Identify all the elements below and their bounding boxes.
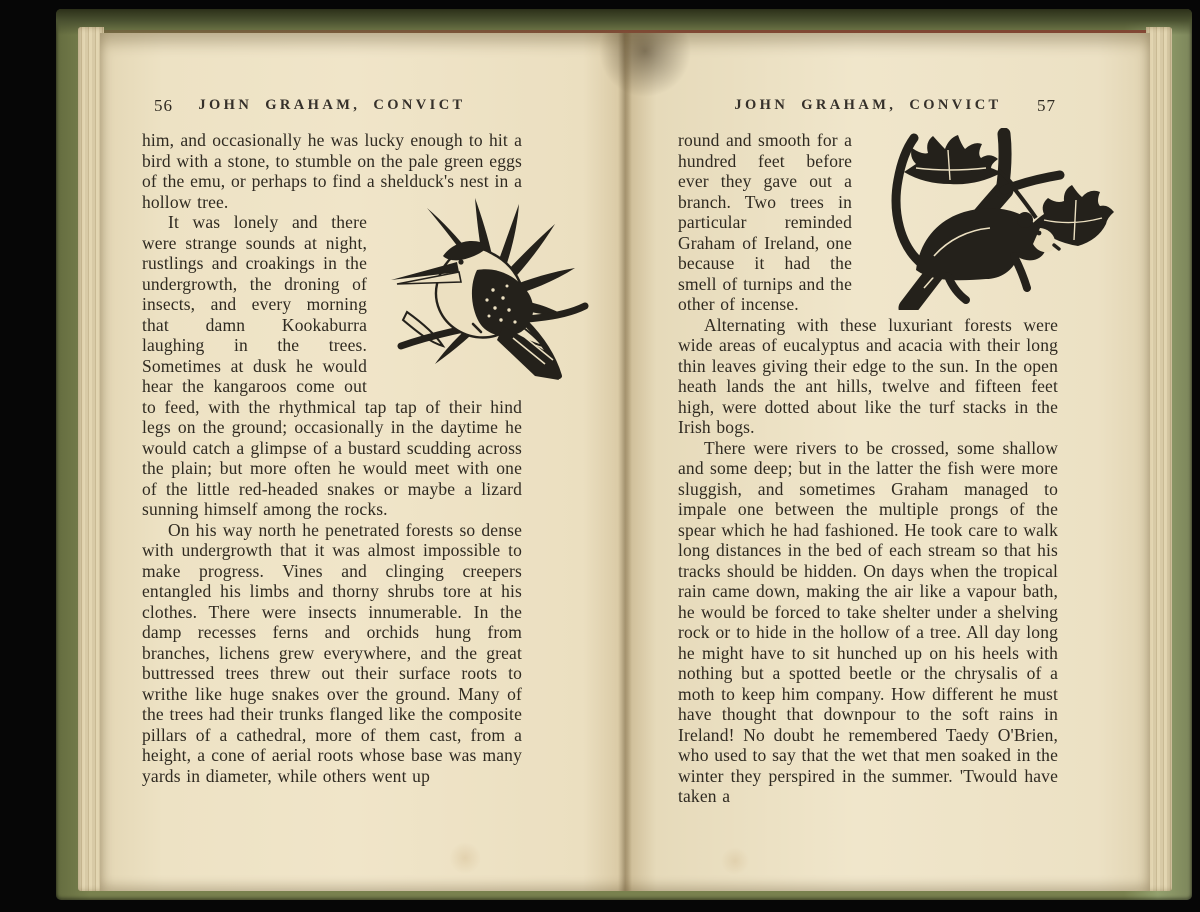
paragraph: Alternating with these luxuriant forests… — [678, 315, 1058, 438]
paragraph: On his way north he penetrated forests s… — [142, 520, 522, 787]
paragraph: round and smooth for a hundred feet befo… — [678, 130, 1058, 315]
right-page: JOHN GRAHAM, CONVICT 57 — [678, 96, 1058, 807]
left-page-header: 56 JOHN GRAHAM, CONVICT — [142, 96, 522, 126]
right-page-header: JOHN GRAHAM, CONVICT 57 — [678, 96, 1058, 126]
paragraph-text: There were rivers to be crossed, some sh… — [678, 438, 1058, 807]
paragraph-text: On his way north he penetrated forests s… — [142, 520, 522, 786]
possum-illustration — [864, 128, 1116, 310]
paragraph-text: round and smooth for a hundred feet befo… — [678, 130, 852, 314]
right-page-text: round and smooth for a hundred feet befo… — [678, 130, 1058, 807]
kookaburra-illustration — [377, 194, 592, 392]
photo-background: { "photo": { "background_color": "#06060… — [0, 0, 1200, 912]
paragraph: It was lonely and there were strange sou… — [142, 212, 522, 520]
gutter-shadow — [618, 33, 632, 891]
paragraph-text: Alternating with these luxuriant forests… — [678, 315, 1058, 438]
paragraph: There were rivers to be crossed, some sh… — [678, 438, 1058, 807]
left-running-head: JOHN GRAHAM, CONVICT — [142, 97, 522, 114]
right-folio: 57 — [1037, 96, 1056, 116]
left-page: 56 JOHN GRAHAM, CONVICT him, and occasio… — [142, 96, 522, 786]
left-page-text: him, and occasionally he was lucky enoug… — [142, 130, 522, 786]
right-running-head: JOHN GRAHAM, CONVICT — [678, 97, 1058, 114]
